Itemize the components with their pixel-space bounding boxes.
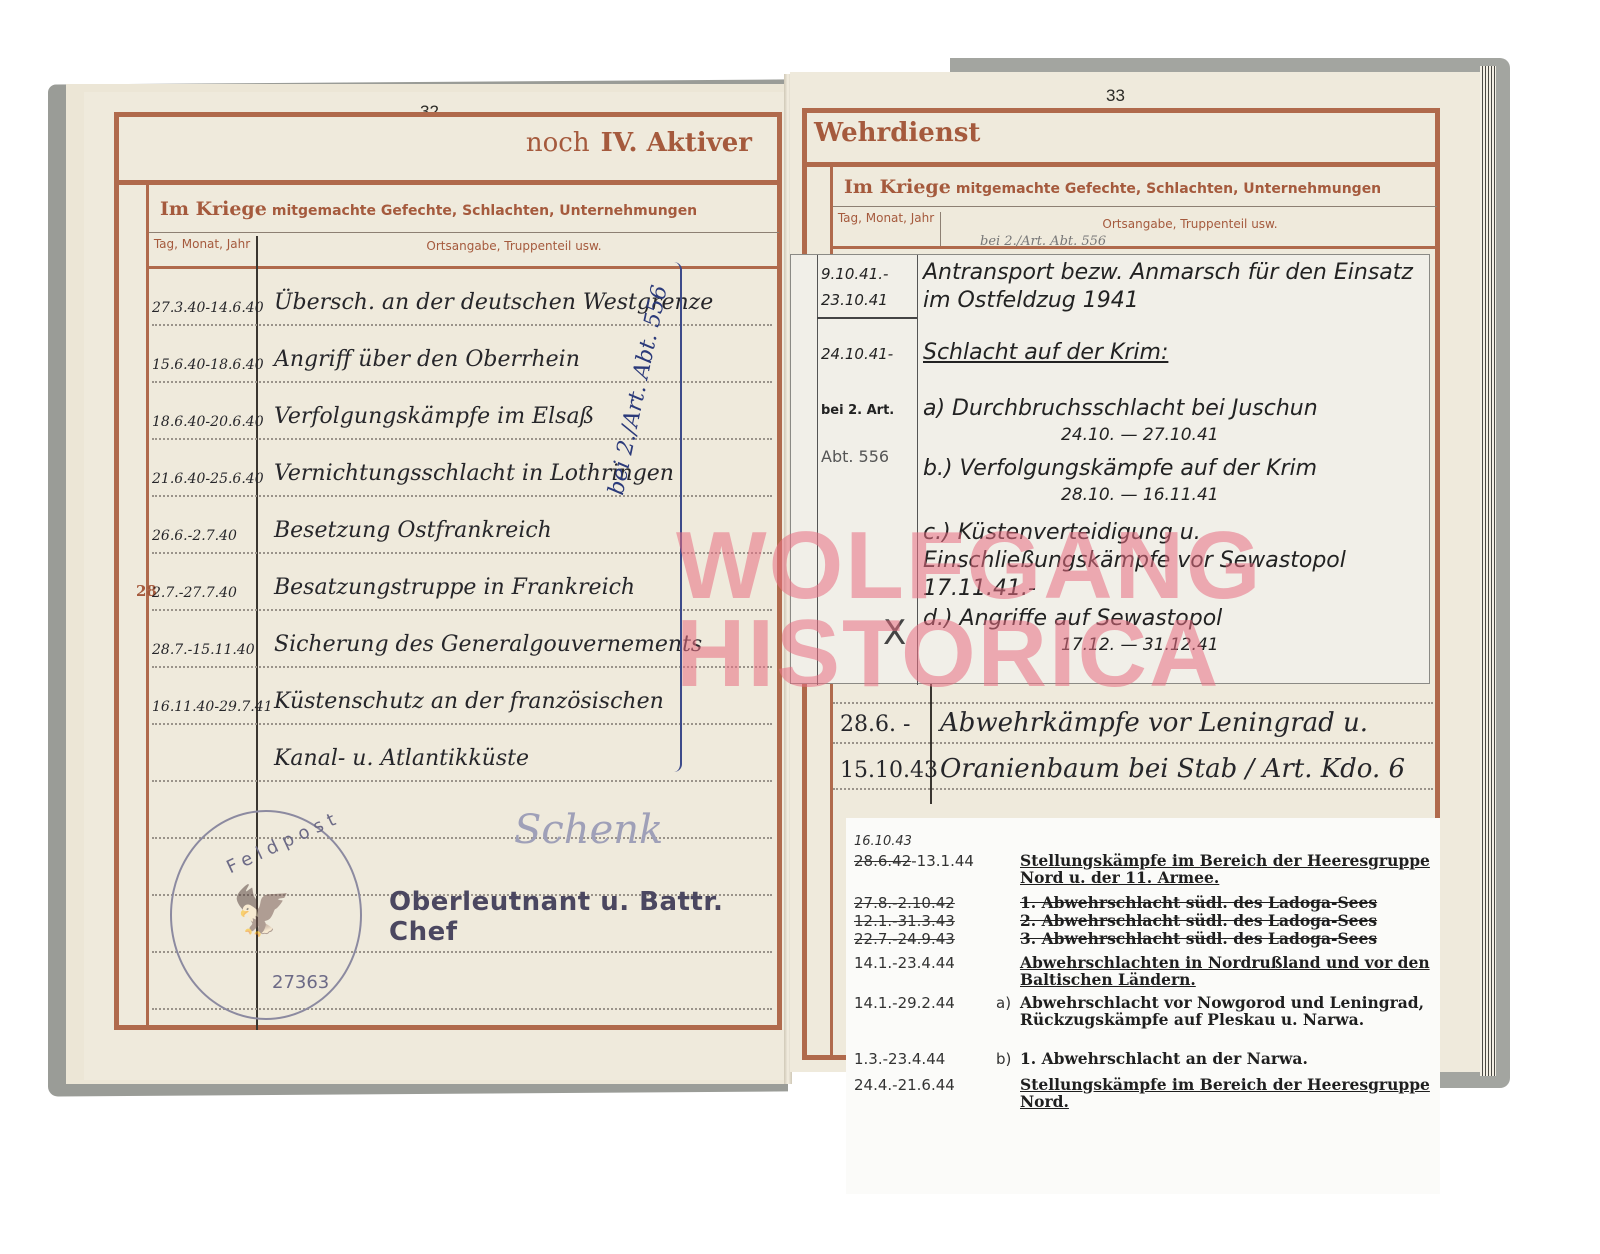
entry-date: 24.10.41- [821,341,913,367]
table-row: 15.6.40-18.6.40Angriff über den Oberrhei… [84,345,774,385]
frame-rule [833,246,1437,249]
header-divider [833,206,1437,207]
column-divider [940,212,941,248]
entry-text: Angriff über den Oberrhein [274,347,580,372]
eagle-icon: 🦅 [232,882,292,939]
entry-date: 26.6.-2.7.40 [152,528,237,544]
entry-date: 22.7.-24.9.43 [854,930,955,948]
heading-rest: mitgemachte Gefechte, Schlachten, Untern… [956,181,1381,197]
unit-note: bei 2. Art. [821,403,894,418]
entry-text: Kanal- u. Atlantikküste [274,746,529,771]
entry-subdate: 24.10. — 27.10.41 [1061,425,1219,445]
col-date-header: Tag, Monat, Jahr [152,238,252,251]
entry-text: a) Durchbruchsschlacht bei Juschun [923,395,1423,423]
seal-text: Feldpost [223,807,344,878]
frame-rule [802,162,1440,167]
entry-date-correction: 16.10.43 [854,834,912,849]
section-title-main: IV. Aktiver [601,128,752,158]
seal-number: 27363 [272,972,329,993]
dotted-rule [833,788,1433,790]
table-row: 21.6.40-25.6.40Vernichtungsschlacht in L… [84,459,774,499]
entry-date: 9.10.41.- 23.10.41 [821,261,913,313]
watermark-line-1: WOLFGANG [676,522,1263,610]
entry-date: 27.8.-2.10.42 [854,894,955,912]
entry-text: Stellungskämpfe im Bereich der Heeresgru… [1020,1076,1430,1110]
section-title: Wehrdienst [814,118,980,148]
entry-date: 14.1.-29.2.44 [854,994,955,1012]
heading-bold: Im Kriege [844,176,951,198]
entry-text: 3. Abwehrschlacht südl. des Ladoga-Sees [1020,930,1430,947]
entry-date: 21.6.40-25.6.40 [152,471,264,487]
table-row: 26.6.-2.7.40Besetzung Ostfrankreich [84,516,774,556]
entry-date: 28.7.-15.11.40 [152,642,255,658]
table-row: Kanal- u. Atlantikküste [84,744,774,784]
frame-rule [114,180,782,185]
entry-date: 28.6.42-13.1.44 [854,852,974,870]
table-row: 2.7.-27.7.40Besatzungstruppe in Frankrei… [84,573,774,613]
entry-text: Abwehrkämpfe vor Leningrad u. [940,708,1368,738]
section-title-prefix: noch [526,128,590,158]
entry-date: 1.3.-23.4.44 [854,1050,945,1068]
table-row: 16.11.40-29.7.41Küstenschutz an der fran… [84,687,774,727]
section-title: noch IV. Aktiver [526,128,752,158]
watermark-line-2: HISTORICA [676,610,1263,698]
unit-note: Abt. 556 [821,447,889,466]
typed-insert: 16.10.4328.6.42-13.1.44Stellungskämpfe i… [846,818,1440,1194]
official-seal: Feldpost 🦅 27363 [170,810,362,1020]
entry-text: Abwehrschlacht vor Nowgorod und Leningra… [1020,994,1430,1028]
table-row: 18.6.40-20.6.40Verfolgungskämpfe im Elsa… [84,402,774,442]
page-stack-right-edge [1480,66,1496,1076]
entry-date: 12.1.-31.3.43 [854,912,955,930]
table-row: 28.7.-15.11.40Sicherung des Generalgouve… [84,630,774,670]
col-date-header: Tag, Monat, Jahr [834,212,938,225]
rank-stamp: Oberleutnant u. Battr. Chef [389,887,784,947]
entry-text: Stellungskämpfe im Bereich der Heeresgru… [1020,852,1430,886]
entry-date: 15.10.43 [840,758,938,783]
entry-text: Besatzungstruppe in Frankreich [274,575,635,600]
entry-date-end: -13.1.44 [911,852,974,870]
entry-date: 27.3.40-14.6.40 [152,300,264,316]
entry-prefix: b) [996,1050,1011,1068]
watermark: WOLFGANG HISTORICA [676,522,1263,698]
entry-prefix: a) [996,994,1011,1012]
entry-date: 16.11.40-29.7.41 [152,699,273,715]
struck-date: 28.6.42 [854,852,911,870]
entry-text: 2. Abwehrschlacht südl. des Ladoga-Sees [1020,912,1430,929]
col-place-header: Ortsangabe, Truppenteil usw. [960,218,1420,231]
col-place-header: Ortsangabe, Truppenteil usw. [264,240,764,253]
entry-text: Schlacht auf der Krim: [923,339,1423,367]
entry-date: 2.7.-27.7.40 [152,585,237,601]
entry-text: 1. Abwehrschlacht südl. des Ladoga-Sees [1020,894,1430,911]
entry-text: Besetzung Ostfrankreich [274,518,552,543]
entry-text: 1. Abwehrschlacht an der Narwa. [1020,1050,1430,1067]
frame-rule [149,266,779,269]
entry-text: Antransport bezw. Anmarsch für den Einsa… [923,259,1423,315]
signature: Schenk [514,807,663,853]
war-heading: Im Kriege mitgemachte Gefechte, Schlacht… [844,176,1381,198]
heading-rest: mitgemachte Gefechte, Schlachten, Untern… [272,203,697,219]
page-number: 33 [1106,86,1125,106]
entry-subdate: 28.10. — 16.11.41 [1061,485,1219,505]
entry-text: Sicherung des Generalgouvernements [274,632,702,657]
header-divider [149,232,779,233]
entry-text: Küstenschutz an der französischen [274,689,664,714]
entry-text: Verfolgungskämpfe im Elsaß [274,404,594,429]
header-note: bei 2./Art. Abt. 556 [980,234,1106,249]
entry-date: 14.1.-23.4.44 [854,954,955,972]
dotted-rule [833,742,1433,744]
war-heading: Im Kriege mitgemachte Gefechte, Schlacht… [160,198,697,220]
entry-text: Abwehrschlachten in Nordrußland und vor … [1020,954,1430,988]
heading-bold: Im Kriege [160,198,267,220]
entry-date: 28.6. - [840,712,910,737]
entry-date: 15.6.40-18.6.40 [152,357,264,373]
entry-text: Oranienbaum bei Stab / Art. Kdo. 6 [940,754,1405,784]
entry-date: 18.6.40-20.6.40 [152,414,264,430]
insert-rule [817,317,917,319]
entry-text: b.) Verfolgungskämpfe auf der Krim [923,455,1423,483]
entry-date: 24.4.-21.6.44 [854,1076,955,1094]
